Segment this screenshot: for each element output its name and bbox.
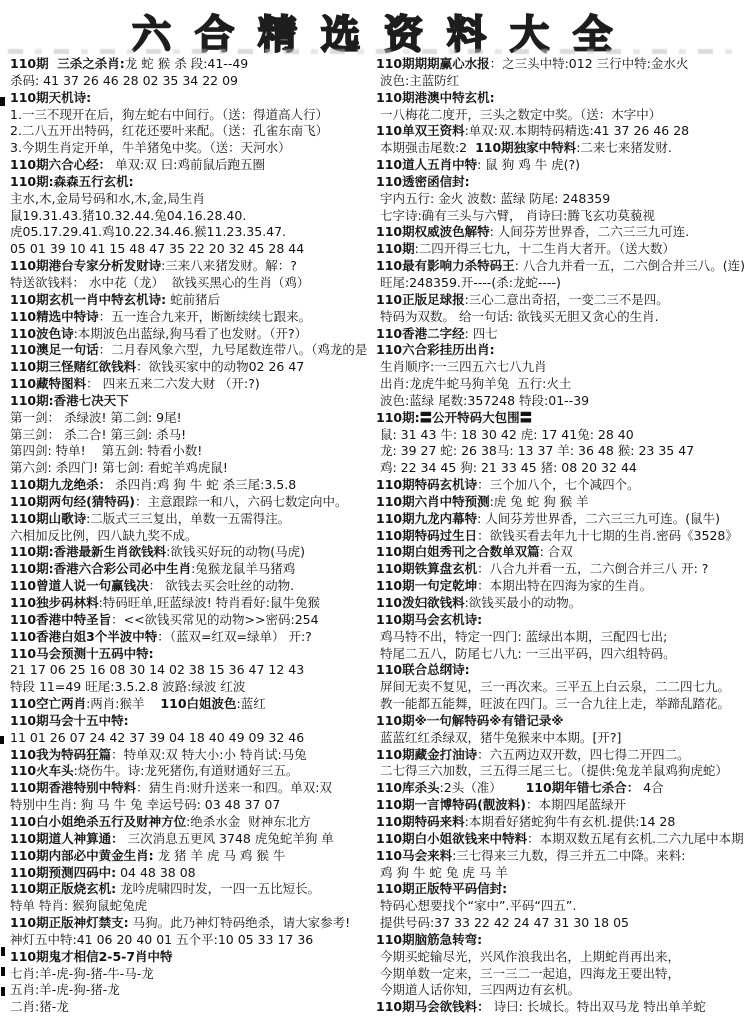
text-line: 110期:二四开得三七九，十二生肖大者开。（送大数）: [376, 241, 744, 258]
text-segment-bold: 110香港白姐3个半波中特: [10, 629, 157, 644]
text-segment: 波色:蓝绿 尾数:357248 特段:01--39: [376, 393, 589, 408]
text-line: 主水,木,金局号码和水,木,金,局生肖: [10, 191, 374, 208]
text-line: 一八梅花二度开，三头之数定中奖。（送：木字中）: [376, 107, 744, 124]
text-segment-bold: 110马会预测十五码中特:: [10, 646, 154, 661]
text-line: 05 01 39 10 41 15 48 47 35 22 20 32 45 2…: [10, 241, 374, 258]
text-line: 七字诗:确有三头与六臂， 肖诗曰:腾飞玄功莫藐视: [376, 208, 744, 225]
text-segment-bold: 110期内部必中黄金生肖:: [10, 848, 154, 863]
text-line: 110期:香港七决天下: [10, 393, 374, 410]
text-line: 110澳足一句话：二月春风象六型，九号尾数连带八。（鸡龙的是: [10, 342, 374, 359]
text-segment: 11 01 26 07 24 42 37 39 04 18 40 49 09 3…: [10, 730, 304, 745]
text-segment-bold: 110单双王资料: [376, 123, 465, 138]
text-line: 110期权威波色解特: 人间芬芳世界香，二六三三九可连.: [376, 224, 744, 241]
text-line: 今期道人话你知，三四两边有玄机。: [376, 982, 744, 999]
text-segment-bold: 110期预测四码中:: [10, 865, 116, 880]
text-segment-bold: 110期三怪赌红欲钱料: [10, 359, 136, 374]
text-segment-bold: 110马会来料: [376, 848, 452, 863]
text-line: 110正版足球报:三心二意出奇招，一变二三不是四。: [376, 292, 744, 309]
text-line: 今期买蛇输尽光，兴风作浪我出名，上期蛇肖再出来，: [376, 949, 744, 966]
text-segment: 05 01 39 10 41 15 48 47 35 22 20 32 45 2…: [10, 241, 304, 256]
text-line: 蓝蓝红红杀绿双，猪牛兔猴来中本期。[开?]: [376, 730, 744, 747]
text-line: 110波色诗:本期波色出蓝绿,狗马看了也发财。（开?）: [10, 326, 374, 343]
text-segment: ：主意跟踪一和八，六码七数定向中。: [135, 494, 348, 509]
text-segment: :单双:双.本期特码精选:41 37 26 46 28: [465, 123, 690, 138]
text-line: 鼠19.31.43.猪10.32.44.兔04.16.28.40.: [10, 208, 374, 225]
text-line: 110期六肖中特预测:虎 兔 蛇 狗 猴 羊: [376, 494, 744, 511]
text-segment: 鸡: 22 34 45 狗: 21 33 45 猪: 08 20 32 44: [376, 460, 637, 475]
text-segment: 主水,木,金局号码和水,木,金,局生肖: [10, 191, 205, 206]
text-line: 110期期期赢心水报：之三头中特:012 三行中特:金水火: [376, 56, 744, 73]
text-segment: 提供号码:37 33 22 42 24 47 31 30 18 05: [376, 915, 629, 930]
text-segment-bold: 110期特码来料: [376, 814, 465, 829]
text-segment-bold: 110精选中特诗: [10, 309, 99, 324]
text-segment: ：八合九并看一五，二六倒合并三八 开: ?: [477, 561, 708, 576]
text-segment-bold: 110期※一句解特码※有错记录※: [376, 713, 564, 728]
text-line: 提供号码:37 33 22 42 24 47 31 30 18 05: [376, 915, 744, 932]
text-segment-bold: 110期特码过生日: [376, 528, 477, 543]
text-line: 110期脑筋急转弯:: [376, 932, 744, 949]
text-line: 110期正版特平码信封:: [376, 881, 744, 898]
text-segment-bold: 110期港台专家分析发财诗: [10, 258, 161, 273]
text-segment: 特单 特肖: 猴狗鼠蛇兔虎: [10, 898, 147, 913]
text-segment: 龙 蛇 猴 杀 段:41--49: [125, 56, 248, 71]
text-line: 本期强击尾数:2 110期独家中特料:二来七来猪发财.: [376, 140, 744, 157]
text-segment: : 鼠 狗 鸡 牛 虎(?): [477, 157, 580, 172]
text-line: 波色:蓝绿 尾数:357248 特段:01--39: [376, 393, 744, 410]
text-line: 110期:香港六合彩公司必中生肖:兔猴龙鼠羊马猪鸡: [10, 561, 374, 578]
text-line: 110最有影响力杀特码王: 八合九并看一五，二六倒合并三八。(连): [376, 258, 744, 275]
text-line: 110期特码来料:本期看好猪蛇狗牛有玄机.提供:14 28: [376, 814, 744, 831]
text-segment: ：之三头中特:012 三行中特:金水火: [490, 56, 689, 71]
text-segment-bold: 110期: [376, 241, 415, 256]
text-line: 110期:香港最新生肖欲钱料:欲钱买好玩的动物(马虎): [10, 544, 374, 561]
text-line: 110期正版烧玄机: 龙吟虎啸四时发，一四一五比短长。: [10, 881, 374, 898]
text-line: 11 01 26 07 24 42 37 39 04 18 40 49 09 3…: [10, 730, 374, 747]
content-columns: 110期 三杀之杀肖:龙 蛇 猴 杀 段:41--49杀码: 41 37 26 …: [0, 56, 744, 1018]
text-segment: 诗曰: 长城长。特出双马龙 特出单羊蛇: [490, 999, 706, 1014]
text-line: 波色:主蓝防红: [376, 73, 744, 90]
text-segment: 出肖:龙虎牛蛇马狗羊兔 五行:火土: [376, 376, 571, 391]
text-segment: ：（蓝双=红双=绿单） 开:?: [157, 629, 312, 644]
text-segment: 生肖顺序:一三四五六七八九肖: [376, 359, 547, 374]
text-segment: :兔猴龙鼠羊马猪鸡: [191, 561, 295, 576]
text-segment-bold: 110正版足球报: [376, 292, 465, 307]
text-segment: 蛇前猪后: [166, 292, 220, 307]
text-segment: ：猜生肖:财升送来一和四。单双:双: [136, 780, 332, 795]
text-segment-bold: 110独步码林料: [10, 595, 99, 610]
text-line: 110期天机诗:: [10, 90, 374, 107]
text-segment: :三心二意出奇招，一变二三不是四。: [465, 292, 669, 307]
scan-artifact: [1, 947, 5, 956]
text-line: 110联合总纲诗:: [376, 662, 744, 679]
text-segment: 鼠19.31.43.猪10.32.44.兔04.16.28.40.: [10, 208, 246, 223]
text-segment: 特别中生肖: 狗 马 牛 兔 幸运号码: 03 48 37 07: [10, 797, 280, 812]
text-line: 特别中生肖: 狗 马 牛 兔 幸运号码: 03 48 37 07: [10, 797, 374, 814]
text-segment-bold: 110香港中特圣旨: [10, 612, 111, 627]
text-segment: 04 48 38 08: [116, 865, 196, 880]
text-segment: 龙 猪 羊 虎 马 鸡 猴 牛: [154, 848, 286, 863]
text-segment: 今期买蛇输尽光，兴风作浪我出名，上期蛇肖再出来，: [376, 949, 680, 964]
text-line: 110马会预测十五码中特:: [10, 646, 374, 663]
text-line: 宇内五行: 金火 波数: 蓝绿 防尾: 248359: [376, 191, 744, 208]
text-segment: 第一剑： 杀绿波! 第二剑: 9尾!: [10, 410, 182, 425]
text-line: 110期一言博特码(靓波料)：本期四尾蓝绿开: [376, 797, 744, 814]
text-segment: 第三剑： 杀二合! 第三剑: 杀马!: [10, 427, 186, 442]
text-segment-bold: 110白小姐绝杀五行及财神方位: [10, 814, 186, 829]
text-line: 110期正版神灯禁支: 马狗。此乃神灯特码绝杀，请大家参考!: [10, 915, 374, 932]
text-segment: ：五一连合九来开，断断续续七跟来。: [99, 309, 312, 324]
text-line: 第一剑： 杀绿波! 第二剑: 9尾!: [10, 410, 374, 427]
text-line: 特送欲钱料： 水中花（龙） 欲钱买黑心的生肖（鸡）: [10, 275, 374, 292]
text-line: 110火车头:烧伤牛。诗:龙死猪伤,有道财通好三五。: [10, 763, 374, 780]
text-line: 110曾道人说一句赢钱决： 欲钱去买会吐丝的动物.: [10, 578, 374, 595]
text-segment: ：二月春风象六型，九号尾数连带八。（鸡龙的是: [99, 342, 368, 357]
text-segment-bold: 110透密函信封:: [376, 174, 470, 189]
text-segment-bold: 110联合总纲诗:: [376, 662, 470, 677]
text-line: 第三剑： 杀二合! 第三剑: 杀马!: [10, 427, 374, 444]
text-line: 特单 特肖: 猴狗鼠蛇兔虎: [10, 898, 374, 915]
text-segment: :虎 兔 蛇 狗 猴 羊: [490, 494, 589, 509]
text-segment: 杀码: 41 37 26 46 28 02 35 34 22 09: [10, 73, 238, 88]
text-segment-bold: 110期天机诗:: [10, 90, 91, 105]
text-segment-bold: 110库杀头: [376, 780, 440, 795]
text-line: 110期三怪赌红欲钱料：欲钱买家中的动物02 26 47: [10, 359, 374, 376]
right-column: 110期期期赢心水报：之三头中特:012 三行中特:金水火 波色:主蓝防红110…: [376, 56, 744, 1016]
text-segment-bold: 110期九龙绝杀：: [10, 477, 111, 492]
text-line: 二七得三六加数，三五得三尾三七。（提供:兔龙羊鼠鸡狗虎蛇）: [376, 763, 744, 780]
text-segment: ： 欲钱去买会吐丝的动物.: [149, 578, 294, 593]
text-line: 110期白小姐欲钱来中特料：本期双数五尾有玄机.二六九尾中本期: [376, 831, 744, 848]
text-line: 特尾二五八，防尾七八九: 一三出平码，四六组特码。: [376, 646, 744, 663]
text-segment-bold: 110期脑筋急转弯:: [376, 932, 482, 947]
text-line: 110期九龙内幕特: 人间芬芳世界香，二六三三九可连。(鼠牛): [376, 511, 744, 528]
text-segment: 今期道人话你知，三四两边有玄机。: [376, 982, 580, 997]
text-segment: 龙吟虎啸四时发，一四一五比短长。: [116, 881, 320, 896]
text-segment-bold: 110期马会玄机诗:: [376, 612, 482, 627]
text-segment: 蓝蓝红红杀绿双，猪牛兔猴来中本期。[开?]: [376, 730, 621, 745]
text-segment: :二来七来猪发财.: [576, 140, 672, 155]
text-segment: :蓝红: [237, 696, 266, 711]
text-segment: :三来八来猪发财。解：?: [161, 258, 297, 273]
text-line: 110期铁算盘玄机：八合九并看一五，二六倒合并三八 开: ?: [376, 561, 744, 578]
text-segment: :烧伤牛。诗:龙死猪伤,有道财通好三五。: [74, 763, 299, 778]
text-segment-bold: 110期藏金打油诗: [376, 747, 477, 762]
text-segment: 旺尾:248359.开----(杀:龙蛇----): [376, 275, 561, 290]
text-segment: ：本期双数五尾有玄机.二六九尾中本期: [527, 831, 743, 846]
text-segment: ：三个加八个，七个减四个。: [477, 477, 640, 492]
text-segment: 特码为双数。 给一句话: 欲钱买无胆又贪心的生肖.: [376, 309, 659, 324]
text-segment-bold: 110期:香港七决天下: [10, 393, 129, 408]
text-segment-bold: 110期:森森五行玄机:: [10, 174, 134, 189]
text-segment-bold: 110期:〓公开特码大包围〓: [376, 410, 532, 425]
text-line: 鸡: 22 34 45 狗: 21 33 45 猪: 08 20 32 44: [376, 460, 744, 477]
text-segment: :欲钱买好玩的动物(马虎): [166, 544, 305, 559]
text-line: 110期特码玄机诗：三个加八个，七个减四个。: [376, 477, 744, 494]
text-segment-bold: 110期一句定乾坤: [376, 578, 477, 593]
text-segment-bold: 110空亡两肖: [10, 696, 86, 711]
text-segment: :欲钱买最小的动物。: [465, 595, 582, 610]
text-segment: 4合: [639, 780, 663, 795]
text-segment: 鸡马特不出，特定一四门: 蓝绿出本期，三配四七出;: [376, 629, 667, 644]
text-segment-bold: 110期玄机一肖中特玄机诗:: [10, 292, 166, 307]
text-line: 今期单数一定来，三一三二一起追，四海龙王要出特，: [376, 966, 744, 983]
text-segment-bold: 110期年错七杀合：: [526, 780, 640, 795]
text-line: 鸡马特不出，特定一四门: 蓝绿出本期，三配四七出;: [376, 629, 744, 646]
text-segment: 七字诗:确有三头与六臂， 肖诗曰:腾飞玄功莫藐视: [376, 208, 655, 223]
text-line: 教一能都五能舞，旺波在四门。三一合九往上走，举蹄乱踏花。: [376, 696, 744, 713]
text-segment: : 合双: [540, 544, 573, 559]
text-line: 110期港澳中特玄机:: [376, 90, 744, 107]
text-line: 110白小姐绝杀五行及财神方位:绝杀水金 财神东北方: [10, 814, 374, 831]
text-segment: 虎05.17.29.41.鸡10.22.34.46.猴11.23.35.47.: [10, 224, 286, 239]
text-line: 110库杀头:2头（准） 110期年错七杀合： 4合: [376, 780, 744, 797]
text-segment: 教一能都五能舞，旺波在四门。三一合九往上走，举蹄乱踏花。: [376, 696, 730, 711]
text-line: 110期藏金打油诗：六五两边双开数，四七得二开四二。: [376, 747, 744, 764]
text-segment: 第六剑: 杀四门! 第七剑: 看蛇羊鸡虎鼠!: [10, 460, 228, 475]
text-line: 3.今期生肖定开单，牛羊猪兔中奖。（送：天河水）: [10, 140, 374, 157]
text-segment: ：<<欲钱买常见的动物>>密码:254: [111, 612, 318, 627]
text-segment: :二四开得三七九，十二生肖大者开。（送大数）: [415, 241, 675, 256]
text-segment-bold: 110最有影响力杀特码王: [376, 258, 515, 273]
text-segment: ：六五两边双开数，四七得二开四二。: [477, 747, 690, 762]
text-segment-bold: 110泼妇欲钱料: [376, 595, 465, 610]
text-segment: ：欲钱买家中的动物02 26 47: [136, 359, 304, 374]
text-line: 110期鬼才相信2-5-7肖中特: [10, 949, 374, 966]
text-segment-bold: 110香港二字经: [376, 326, 465, 341]
text-segment: 波色:主蓝防红: [376, 73, 459, 88]
text-segment: : 人间芬芳世界香，二六三三九可连.: [490, 224, 690, 239]
text-line: 110期马会玄机诗:: [376, 612, 744, 629]
text-segment-bold: 110白姐波色: [160, 696, 236, 711]
text-segment: 宇内五行: 金火 波数: 蓝绿 防尾: 248359: [376, 191, 610, 206]
text-line: 屏间无卖不复见，三一再次来。三平五上白云泉，二二四七九。: [376, 679, 744, 696]
text-segment: ：特单双:双 特大小:小 特肖试:马兔: [111, 747, 307, 762]
text-line: 110我为特码狂篇：特单双:双 特大小:小 特肖试:马兔: [10, 747, 374, 764]
text-segment: 今期单数一定来，三一三二一起追，四海龙王要出特，: [376, 966, 680, 981]
text-segment: :本期看好猪蛇狗牛有玄机.提供:14 28: [465, 814, 676, 829]
text-segment: :三七得来三九数，得三并五二中降。来料:: [452, 848, 685, 863]
text-segment: 鼠: 31 43 牛: 18 30 42 虎: 17 41兔: 28 40: [376, 427, 634, 442]
text-segment-bold: 110期两句经(猜特码): [10, 494, 135, 509]
text-line: 五肖:羊-虎-狗-猪-龙: [10, 982, 374, 999]
text-line: 第四剑: 特单! 第五剑: 特看小数!: [10, 443, 374, 460]
text-line: 110道人五肖中特: 鼠 狗 鸡 牛 虎(?): [376, 157, 744, 174]
text-segment-bold: 110期六肖中特预测: [376, 494, 490, 509]
text-segment: 二肖:猪-龙: [10, 999, 69, 1014]
text-line: 鼠: 31 43 牛: 18 30 42 虎: 17 41兔: 28 40: [376, 427, 744, 444]
text-segment: 特送欲钱料： 水中花（龙） 欲钱买黑心的生肖（鸡）: [10, 275, 309, 290]
text-segment: 龙: 39 27 蛇: 26 38马: 13 37 羊: 36 48 猴: 23…: [376, 443, 694, 458]
text-segment-bold: 110波色诗: [10, 326, 74, 341]
text-segment-bold: 110期山歌诗: [10, 511, 86, 526]
text-line: 110精选中特诗：五一连合九来开，断断续续七跟来。: [10, 309, 374, 326]
text-segment-bold: 110期特码玄机诗: [376, 477, 477, 492]
text-segment-bold: 110期独家中特料: [475, 140, 576, 155]
text-segment: 特尾二五八，防尾七八九: 一三出平码，四六组特码。: [376, 646, 676, 661]
text-segment: ： 四来五来二六发大财 （开:?): [86, 376, 260, 391]
text-segment: 特段 11=49 旺尾:3.5.2.8 波路:绿波 红波: [10, 679, 245, 694]
text-segment-bold: 110期权威波色解特: [376, 224, 490, 239]
text-segment-bold: 110期港澳中特玄机:: [376, 90, 495, 105]
text-segment: :本期波色出蓝绿,狗马看了也发财。（开?）: [74, 326, 308, 341]
text-segment: 二七得三六加数，三五得三尾三七。（提供:兔龙羊鼠鸡狗虎蛇）: [376, 763, 728, 778]
text-line: 虎05.17.29.41.鸡10.22.34.46.猴11.23.35.47.: [10, 224, 374, 241]
text-segment-bold: 110期正版特平码信封:: [376, 881, 507, 896]
scan-artifact: [1, 967, 5, 976]
text-segment: 3.今期生肖定开单，牛羊猪兔中奖。（送：天河水）: [10, 140, 291, 155]
scan-artifact: [0, 97, 5, 106]
text-line: 110单双王资料:单双:双.本期特码精选:41 37 26 46 28: [376, 123, 744, 140]
text-segment: 1.一三不现开在后，狗左蛇右中间行。（送：得道高人行）: [10, 107, 328, 122]
text-segment-bold: 110期正版神灯禁支:: [10, 915, 129, 930]
text-line: 特段 11=49 旺尾:3.5.2.8 波路:绿波 红波: [10, 679, 374, 696]
text-segment: 本期强击尾数:2: [376, 140, 475, 155]
text-line: 生肖顺序:一三四五六七八九肖: [376, 359, 744, 376]
text-segment-bold: 110藏特图料: [10, 376, 86, 391]
text-segment-bold: 110期九龙内幕特: [376, 511, 477, 526]
text-line: 旺尾:248359.开----(杀:龙蛇----): [376, 275, 744, 292]
text-line: 七肖:羊-虎-狗-猪-牛-马-龙: [10, 966, 374, 983]
text-line: 第六剑: 杀四门! 第七剑: 看蛇羊鸡虎鼠!: [10, 460, 374, 477]
text-line: 110期两句经(猜特码)：主意跟踪一和八，六码七数定向中。: [10, 494, 374, 511]
text-segment: 三次消息五更风 3748 虎兔蛇羊狗 单: [124, 831, 334, 846]
text-segment: ：欲钱买看去年九十七期的生肖.密码《3528》: [477, 528, 738, 543]
text-line: 特码心想要找个“家中”.平码“四五”.: [376, 898, 744, 915]
scan-artifact: [0, 736, 4, 744]
scan-artifact: [1, 987, 5, 996]
text-line: 110期港台专家分析发财诗:三来八来猪发财。解：?: [10, 258, 374, 275]
text-segment: 六相加反比例，四八缺九奖不成。: [10, 528, 198, 543]
text-line: 鸡 狗 牛 蛇 兔 虎 马 羊: [376, 865, 744, 882]
text-segment-bold: 110期白姐秀刊之合数单双篇: [376, 544, 540, 559]
text-line: 110期:森森五行玄机:: [10, 174, 374, 191]
text-segment: 第四剑: 特单! 第五剑: 特看小数!: [10, 443, 202, 458]
text-segment-bold: 110我为特码狂篇: [10, 747, 111, 762]
text-segment: 神灯五中特:41 06 20 40 01 五个平:10 05 33 17 36: [10, 932, 313, 947]
text-segment-bold: 110期香港特别中特料: [10, 780, 136, 795]
text-line: 110马会来料:三七得来三九数，得三并五二中降。来料:: [376, 848, 744, 865]
text-segment: 一八梅花二度开，三头之数定中奖。（送：木字中）: [376, 107, 661, 122]
text-segment: 七肖:羊-虎-狗-猪-牛-马-龙: [10, 966, 154, 981]
scan-ghost-text: [8, 49, 732, 54]
text-line: 110期玄机一肖中特玄机诗: 蛇前猪后: [10, 292, 374, 309]
text-segment-bold: 110期鬼才相信2-5-7肖中特: [10, 949, 173, 964]
text-segment: 特码心想要找个“家中”.平码“四五”.: [376, 898, 576, 913]
text-line: 2.二八五开出特码，红花还要叶来配。（送：孔雀东南飞）: [10, 123, 374, 140]
text-line: 110期六合心经： 单双:双 曰:鸡前鼠后跑五圈: [10, 157, 374, 174]
text-line: 出肖:龙虎牛蛇马狗羊兔 五行:火土: [376, 376, 744, 393]
text-line: 二肖:猪-龙: [10, 999, 374, 1016]
text-line: 110期 三杀之杀肖:龙 蛇 猴 杀 段:41--49: [10, 56, 374, 73]
text-segment: 马狗。此乃神灯特码绝杀，请大家参考!: [129, 915, 351, 930]
text-segment: :特码旺单,旺蓝绿波! 特肖看好:鼠牛兔猴: [99, 595, 320, 610]
text-segment: 五肖:羊-虎-狗-猪-龙: [10, 982, 120, 997]
text-segment-bold: 110澳足一句话: [10, 342, 99, 357]
text-segment-bold: 110期白小姐欲钱来中特料: [376, 831, 527, 846]
text-line: 110期预测四码中: 04 48 38 08: [10, 865, 374, 882]
text-segment: : 四七: [465, 326, 498, 341]
text-segment-bold: 110六合彩挂历出肖:: [376, 342, 495, 357]
text-line: 110期一句定乾坤：本期出特在四海为家的生肖。: [376, 578, 744, 595]
text-line: 110期特码过生日：欲钱买看去年九十七期的生肖.密码《3528》: [376, 528, 744, 545]
text-line: 110期白姐秀刊之合数单双篇: 合双: [376, 544, 744, 561]
text-line: 21 17 06 25 16 08 30 14 02 38 15 36 47 1…: [10, 662, 374, 679]
text-line: 龙: 39 27 蛇: 26 38马: 13 37 羊: 36 48 猴: 23…: [376, 443, 744, 460]
text-line: 110期香港特别中特料：猜生肖:财升送来一和四。单双:双: [10, 780, 374, 797]
text-segment-bold: 110期道人神算通：: [10, 831, 124, 846]
text-segment: 鸡 狗 牛 蛇 兔 虎 马 羊: [376, 865, 508, 880]
text-segment-bold: 110期一言博特码(靓波料): [376, 797, 526, 812]
text-line: 110期九龙绝杀： 杀四肖:鸡 狗 牛 蛇 杀三尾:3.5.8: [10, 477, 374, 494]
text-segment: ：本期出特在四海为家的生肖。: [477, 578, 652, 593]
text-line: 110期山歌诗:二版式三三复出，单数一五需得注。: [10, 511, 374, 528]
text-line: 1.一三不现开在后，狗左蛇右中间行。（送：得道高人行）: [10, 107, 374, 124]
text-line: 110独步码林料:特码旺单,旺蓝绿波! 特肖看好:鼠牛兔猴: [10, 595, 374, 612]
text-line: 110藏特图料： 四来五来二六发大财 （开:?): [10, 376, 374, 393]
text-line: 六相加反比例，四八缺九奖不成。: [10, 528, 374, 545]
text-segment: : 人间芬芳世界香，二六三三九可连。(鼠牛): [477, 511, 720, 526]
text-line: 110香港白姐3个半波中特：（蓝双=红双=绿单） 开:?: [10, 629, 374, 646]
text-segment: :二版式三三复出，单数一五需得注。: [86, 511, 290, 526]
text-segment: : 八合九并看一五，二六倒合并三八。(连): [515, 258, 744, 273]
text-line: 110透密函信封:: [376, 174, 744, 191]
text-segment: 屏间无卖不复见，三一再次来。三平五上白云泉，二二四七九。: [376, 679, 730, 694]
text-line: 110泼妇欲钱料:欲钱买最小的动物。: [376, 595, 744, 612]
text-segment: 单双:双 曰:鸡前鼠后跑五圈: [111, 157, 265, 172]
text-line: 110期:〓公开特码大包围〓: [376, 410, 744, 427]
text-segment: 21 17 06 25 16 08 30 14 02 38 15 36 47 1…: [10, 662, 304, 677]
text-line: 神灯五中特:41 06 20 40 01 五个平:10 05 33 17 36: [10, 932, 374, 949]
text-segment: ：本期四尾蓝绿开: [526, 797, 626, 812]
text-line: 110期马会欲钱料： 诗曰: 长城长。特出双马龙 特出单羊蛇: [376, 999, 744, 1016]
left-column: 110期 三杀之杀肖:龙 蛇 猴 杀 段:41--49杀码: 41 37 26 …: [10, 56, 374, 1016]
text-segment-bold: 110期:香港六合彩公司必中生肖: [10, 561, 191, 576]
text-segment: :2头（准）: [440, 780, 526, 795]
text-line: 110期※一句解特码※有错记录※: [376, 713, 744, 730]
text-line: 110六合彩挂历出肖:: [376, 342, 744, 359]
text-line: 110期道人神算通： 三次消息五更风 3748 虎兔蛇羊狗 单: [10, 831, 374, 848]
text-segment-bold: 110期马会十五中特:: [10, 713, 129, 728]
text-line: 杀码: 41 37 26 46 28 02 35 34 22 09: [10, 73, 374, 90]
text-segment: 2.二八五开出特码，红花还要叶来配。（送：孔雀东南飞）: [10, 123, 328, 138]
text-line: 110香港二字经: 四七: [376, 326, 744, 343]
text-segment-bold: 110期六合心经：: [10, 157, 111, 172]
text-segment-bold: 110期铁算盘玄机: [376, 561, 477, 576]
text-segment-bold: 110道人五肖中特: [376, 157, 477, 172]
text-segment-bold: 110期 三杀之杀肖:: [10, 56, 125, 71]
text-segment-bold: 110期正版烧玄机:: [10, 881, 116, 896]
text-segment-bold: 110曾道人说一句赢钱决: [10, 578, 149, 593]
text-line: 110期内部必中黄金生肖: 龙 猪 羊 虎 马 鸡 猴 牛: [10, 848, 374, 865]
text-segment-bold: 110期期期赢心水报: [376, 56, 490, 71]
text-segment: :两肖:猴羊: [86, 696, 160, 711]
text-segment-bold: 110期马会欲钱料：: [376, 999, 490, 1014]
text-segment: :绝杀水金 财神东北方: [186, 814, 311, 829]
text-segment-bold: 110火车头: [10, 763, 74, 778]
text-line: 110空亡两肖:两肖:猴羊 110白姐波色:蓝红: [10, 696, 374, 713]
text-segment: 杀四肖:鸡 狗 牛 蛇 杀三尾:3.5.8: [111, 477, 296, 492]
text-line: 110期马会十五中特:: [10, 713, 374, 730]
text-line: 特码为双数。 给一句话: 欲钱买无胆又贪心的生肖.: [376, 309, 744, 326]
text-segment-bold: 110期:香港最新生肖欲钱料: [10, 544, 166, 559]
text-line: 110香港中特圣旨：<<欲钱买常见的动物>>密码:254: [10, 612, 374, 629]
